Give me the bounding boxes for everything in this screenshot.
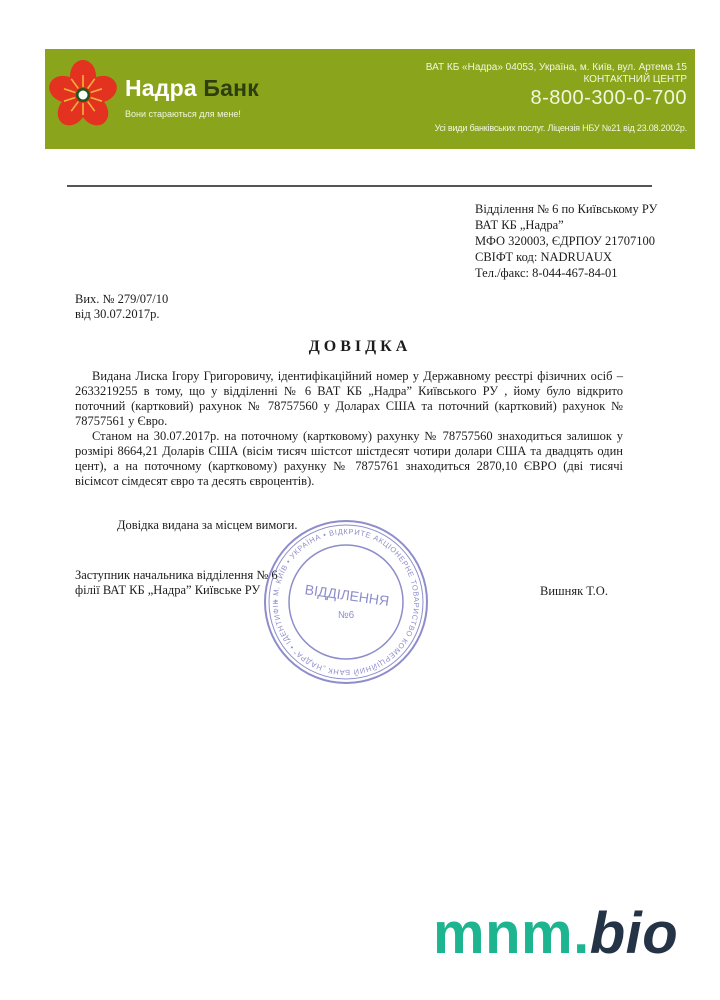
branch-line: МФО 320003, ЄДРПОУ 21707100 xyxy=(475,233,657,249)
watermark-logo: mnm.bio xyxy=(433,900,678,967)
signer-name: Вишняк Т.О. xyxy=(540,584,608,599)
bank-address: ВАТ КБ «Надра» 04053, Україна, м. Київ, … xyxy=(426,62,687,73)
branch-info: Відділення № 6 по Київському РУ ВАТ КБ „… xyxy=(475,201,657,281)
license-info: Усі види банківських послуг. Ліцензія НБ… xyxy=(435,123,687,133)
bank-brand-name: Надра Банк xyxy=(125,75,259,102)
document-body: Видана Лиска Ігору Григоровичу, ідентифі… xyxy=(75,369,623,489)
stamp-center-label: ВІДДІЛЕННЯ xyxy=(304,581,390,609)
reference-date: від 30.07.2017р. xyxy=(75,307,168,322)
official-stamp-icon: • М. КИЇВ • УКРАЇНА • ВІДКРИТЕ АКЦІОНЕРН… xyxy=(262,518,430,686)
signer-position: Заступник начальника відділення № 6 філі… xyxy=(75,568,278,598)
body-paragraph: Станом на 30.07.2017р. на поточному (кар… xyxy=(75,429,623,489)
stamp-center-number: №6 xyxy=(338,610,355,621)
document-title: ДОВІДКА xyxy=(0,338,720,356)
flower-logo-icon xyxy=(48,59,118,131)
branch-line: Тел./факс: 8-044-467-84-01 xyxy=(475,265,657,281)
letterhead-banner: Надра Банк Вони стараються для мене! ВАТ… xyxy=(45,49,695,149)
branch-line: Відділення № 6 по Київському РУ xyxy=(475,201,657,217)
reference-number: Вих. № 279/07/10 xyxy=(75,292,168,307)
brand-name-first: Надра xyxy=(125,75,197,101)
body-paragraph: Видана Лиска Ігору Григоровичу, ідентифі… xyxy=(75,369,623,429)
signer-position-line: Заступник начальника відділення № 6 xyxy=(75,568,278,583)
watermark-part2: bio xyxy=(590,901,678,966)
bank-slogan: Вони стараються для мене! xyxy=(125,109,241,119)
outgoing-reference: Вих. № 279/07/10 від 30.07.2017р. xyxy=(75,292,168,322)
header-divider xyxy=(67,185,652,187)
contact-center-label: КОНТАКТНИЙ ЦЕНТР xyxy=(583,74,687,85)
watermark-part1: mnm. xyxy=(433,901,590,966)
contact-phone: 8-800-300-0-700 xyxy=(531,87,688,110)
branch-line: ВАТ КБ „Надра” xyxy=(475,217,657,233)
branch-line: СВІФТ код: NADRUAUX xyxy=(475,249,657,265)
brand-name-second: Банк xyxy=(197,75,259,101)
signer-position-line: філії ВАТ КБ „Надра” Київське РУ xyxy=(75,583,278,598)
